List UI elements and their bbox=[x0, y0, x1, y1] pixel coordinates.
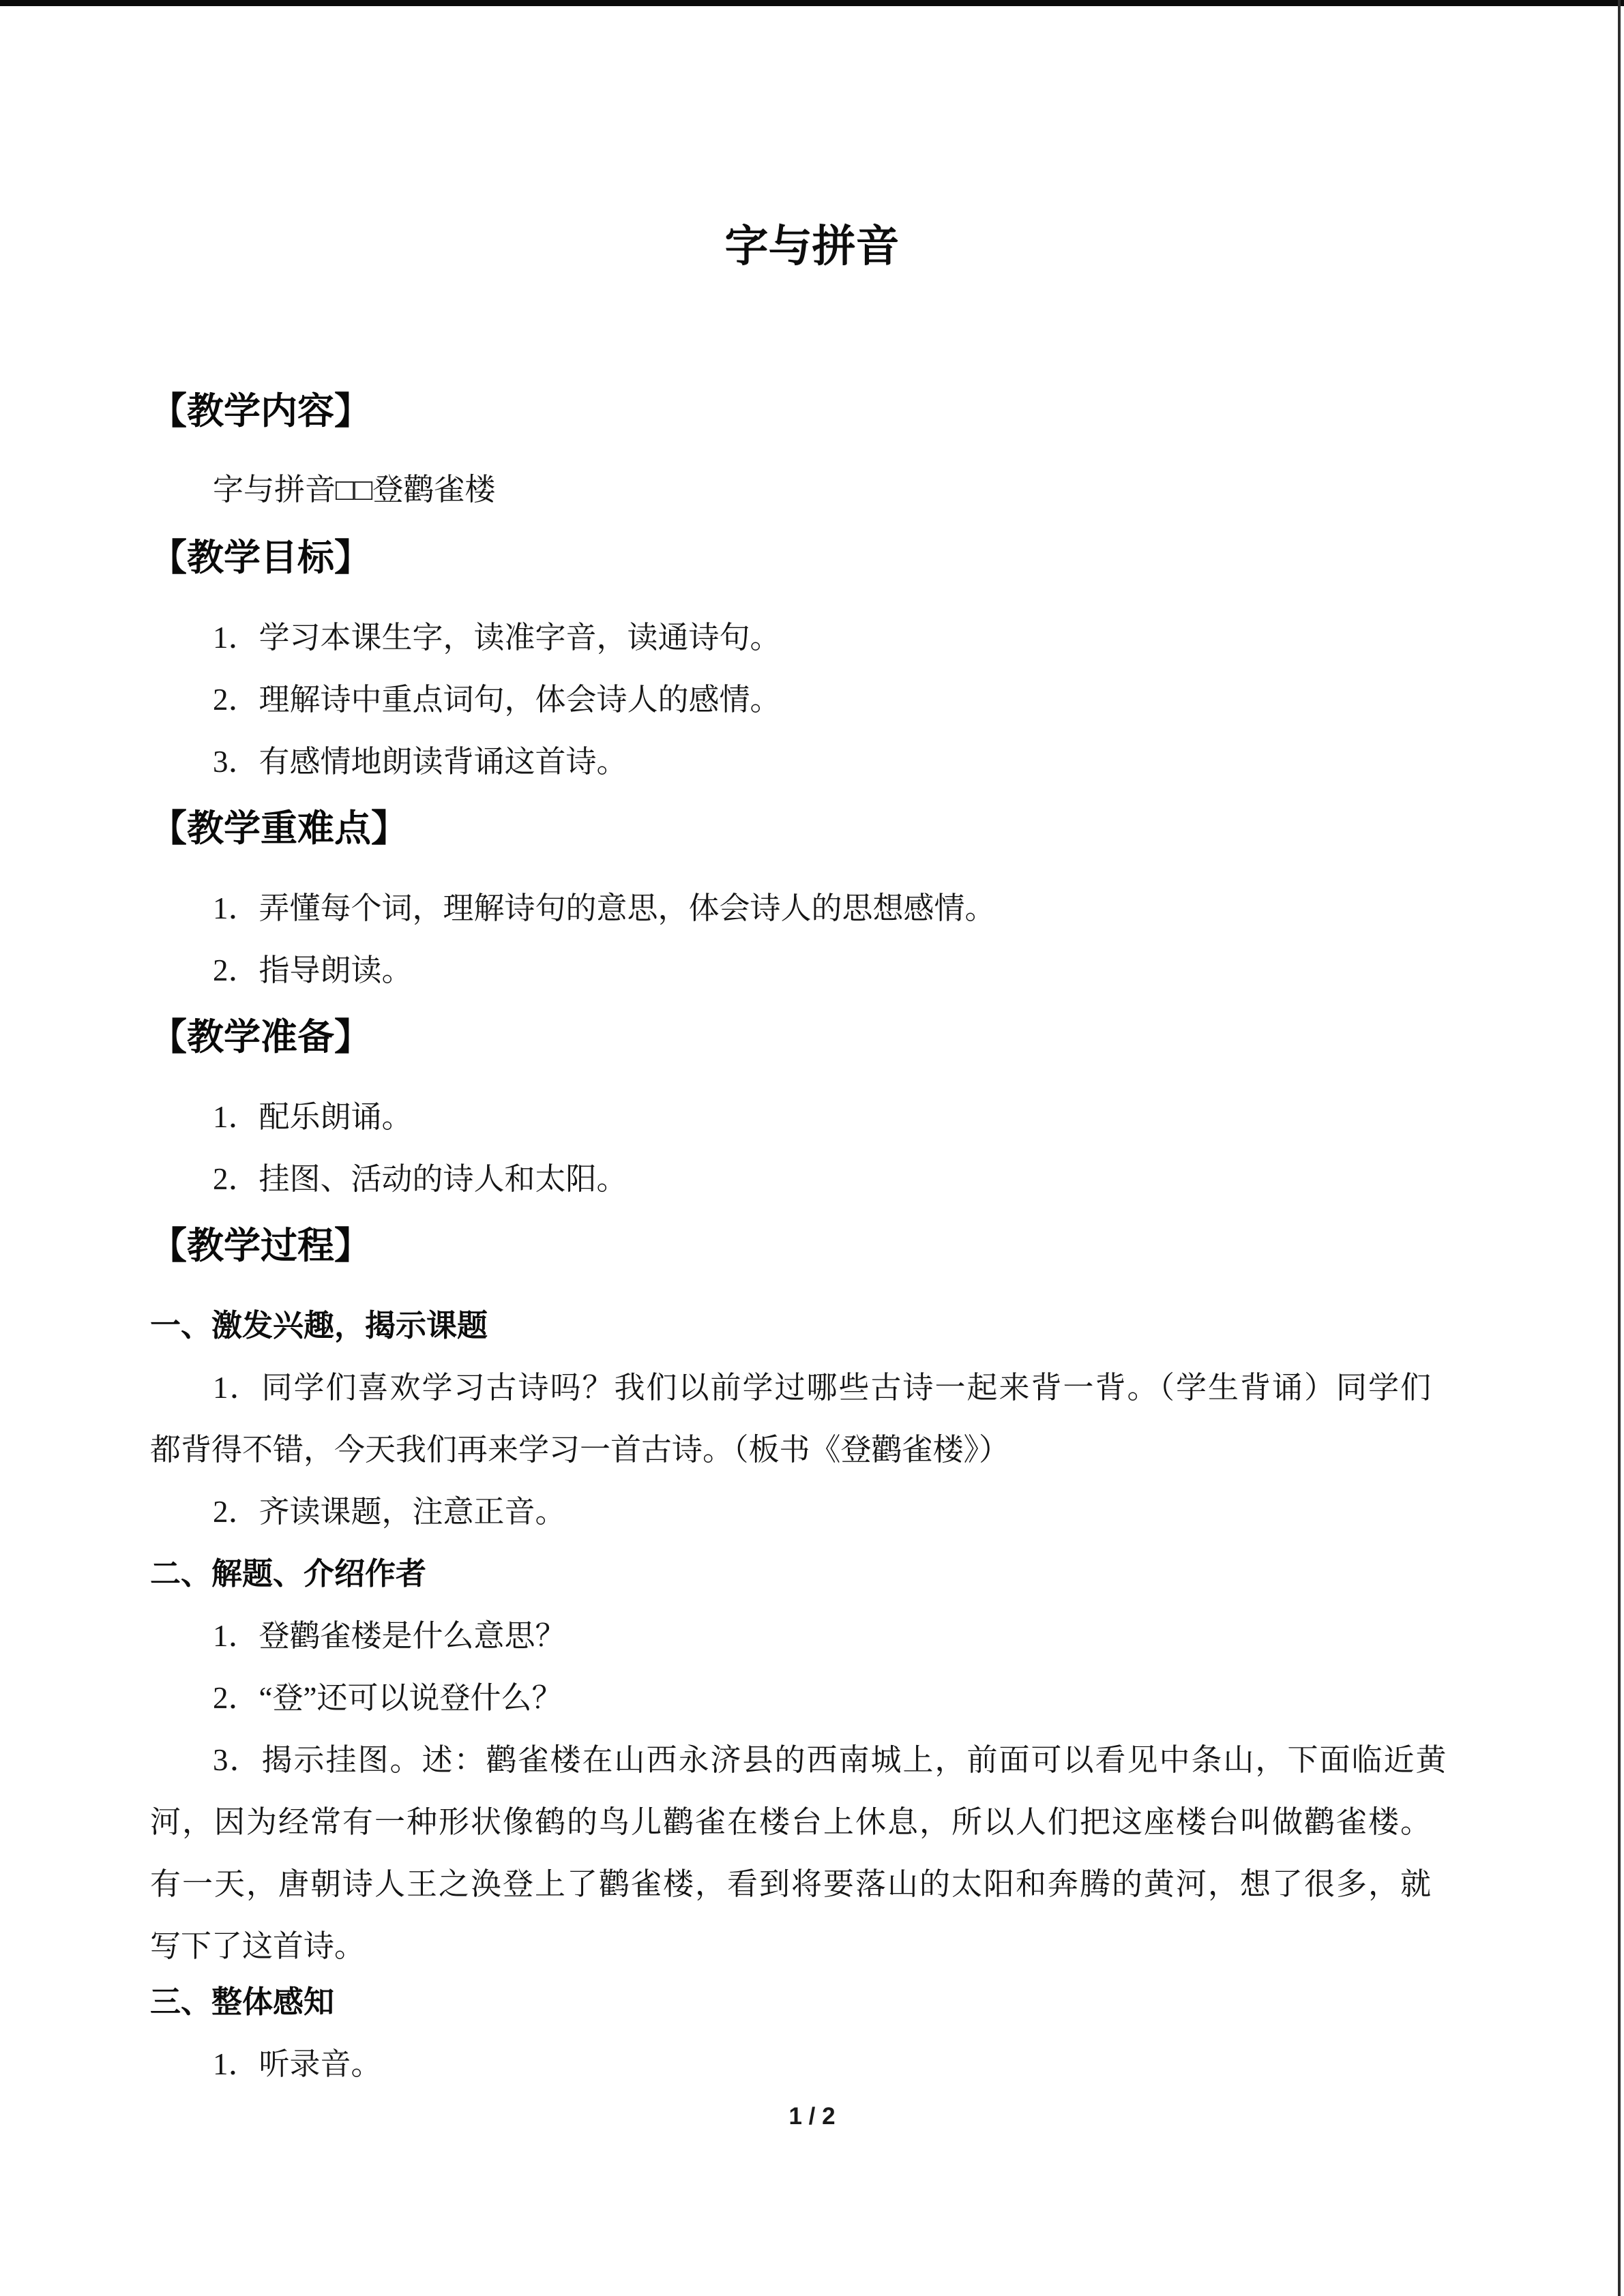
objectives-item: 1．学习本课生字，读准字音，读通诗句。 bbox=[213, 621, 1474, 655]
process-part3-heading: 三、整体感知 bbox=[150, 1986, 1474, 2019]
process-part1-line: 都背得不错，今天我们再来学习一首古诗。（板书《登鹳雀楼》） bbox=[150, 1433, 1474, 1467]
process-part2-line: 写下了这首诗。 bbox=[150, 1930, 1474, 1963]
preparation-item: 2．挂图、活动的诗人和太阳。 bbox=[213, 1163, 1474, 1196]
process-part3-line: 1．听录音。 bbox=[213, 2048, 1474, 2081]
process-part2-line: 2．“登”还可以说登什么？ bbox=[213, 1682, 1474, 1715]
process-part2-line: 河，因为经常有一种形状像鹤的鸟儿鹳雀在楼台上休息，所以人们把这座楼台叫做鹳雀楼。 bbox=[150, 1806, 1474, 1839]
document-page: 字与拼音 【教学内容】 字与拼音□□登鹳雀楼 【教学目标】 1．学习本课生字，读… bbox=[0, 0, 1624, 2296]
section-heading-process: 【教学过程】 bbox=[150, 1226, 1474, 1266]
objectives-item: 3．有感情地朗读背诵这首诗。 bbox=[213, 745, 1474, 779]
process-part2-line: 3．揭示挂图。述：鹳雀楼在山西永济县的西南城上，前面可以看见中条山，下面临近黄 bbox=[213, 1744, 1474, 1777]
process-part2-line: 1．登鹳雀楼是什么意思？ bbox=[213, 1620, 1474, 1653]
section-heading-preparation: 【教学准备】 bbox=[150, 1017, 1474, 1057]
process-part1-line: 1．同学们喜欢学习古诗吗？我们以前学过哪些古诗一起来背一背。（学生背诵）同学们 bbox=[213, 1371, 1474, 1405]
process-part1-heading: 一、激发兴趣，揭示课题 bbox=[150, 1309, 1474, 1343]
section-heading-key-difficulties: 【教学重难点】 bbox=[150, 809, 1474, 848]
process-part2-heading: 二、解题、介绍作者 bbox=[150, 1557, 1474, 1591]
page-right-border bbox=[1618, 0, 1621, 2296]
page-top-border bbox=[0, 0, 1624, 6]
section-heading-objectives: 【教学目标】 bbox=[150, 538, 1474, 578]
process-part1-line: 2．齐读课题，注意正音。 bbox=[213, 1495, 1474, 1529]
page-number: 1 / 2 bbox=[0, 2103, 1624, 2130]
section-heading-content: 【教学内容】 bbox=[150, 391, 1474, 431]
content-body: 字与拼音□□登鹳雀楼 bbox=[213, 473, 1474, 507]
process-part2-line: 有一天，唐朝诗人王之涣登上了鹳雀楼，看到将要落山的太阳和奔腾的黄河，想了很多，就 bbox=[150, 1868, 1474, 1901]
page-title: 字与拼音 bbox=[0, 211, 1624, 274]
key-difficulties-item: 1．弄懂每个词，理解诗句的意思，体会诗人的思想感情。 bbox=[213, 892, 1474, 925]
preparation-item: 1．配乐朗诵。 bbox=[213, 1101, 1474, 1134]
key-difficulties-item: 2．指导朗读。 bbox=[213, 954, 1474, 987]
objectives-item: 2．理解诗中重点词句，体会诗人的感情。 bbox=[213, 683, 1474, 717]
